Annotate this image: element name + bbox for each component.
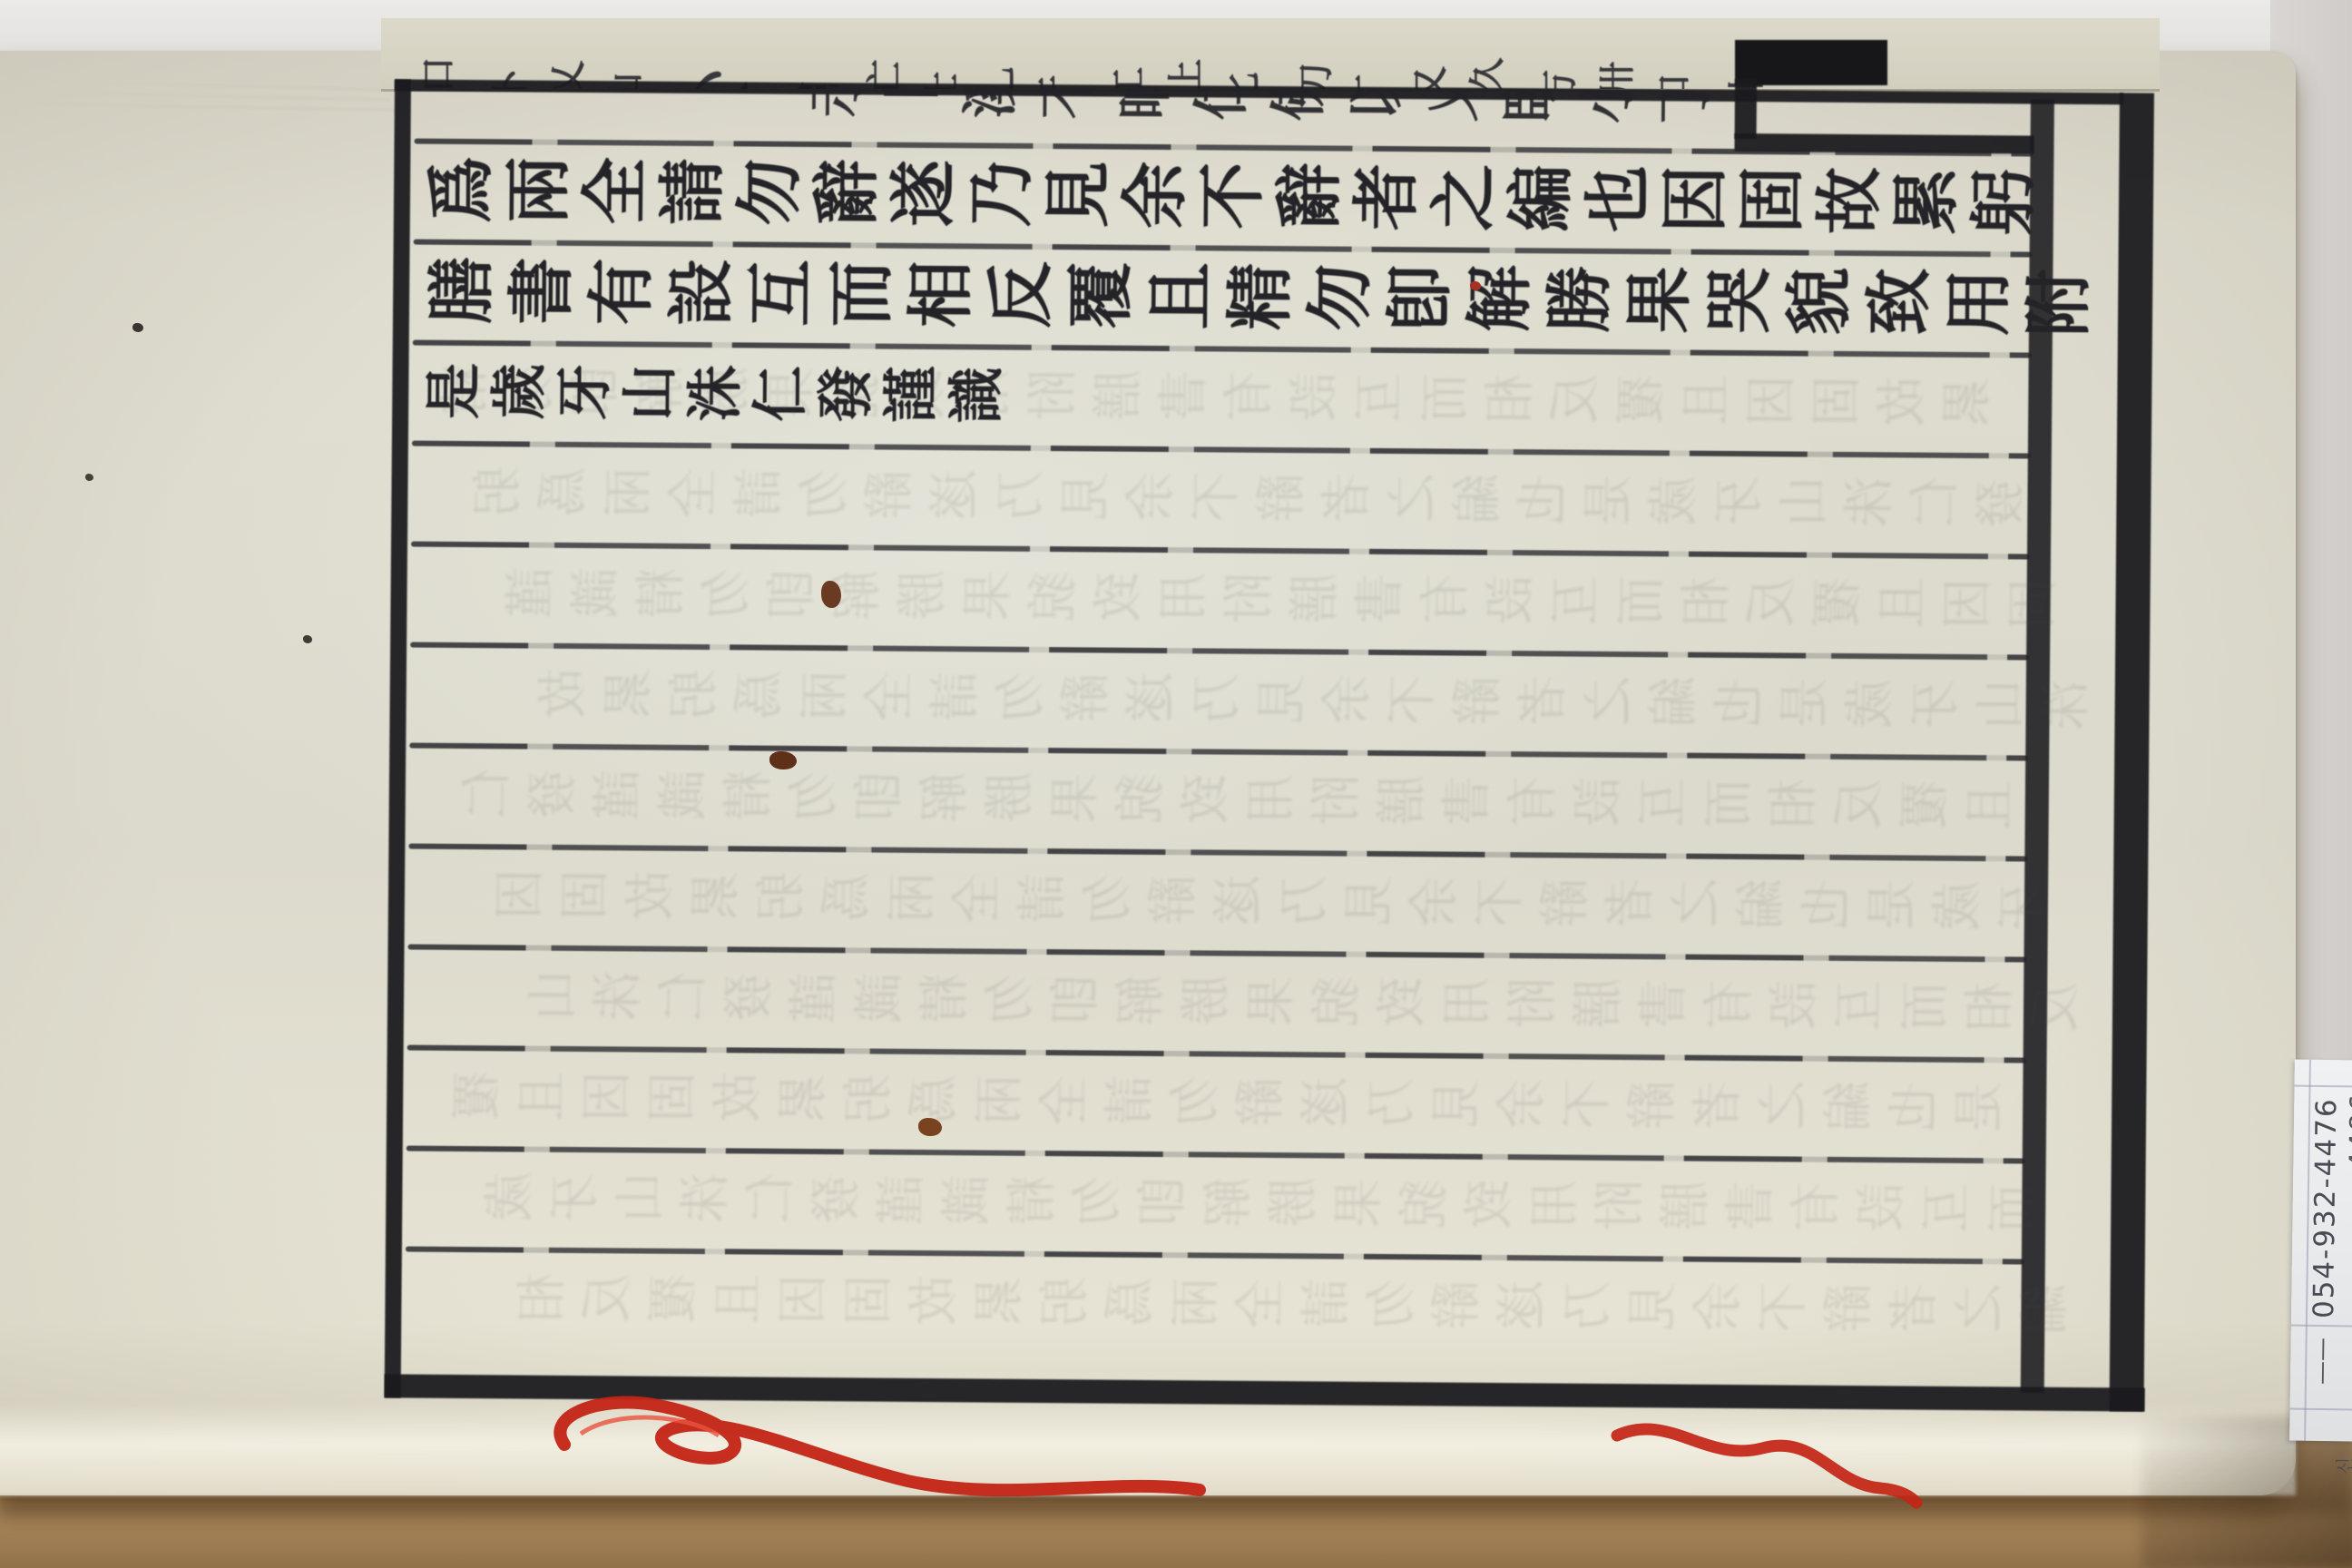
showthrough-row: 因固故累躬爲兩全請勿辭遂乃見余不辭者之編也是歲牙 (484, 851, 2053, 949)
showthrough-row: 歲牙山洙仁發謹識精勿卽解勝果貌致用附膳書有設互而 (473, 1153, 2042, 1251)
paper-fleck (918, 1118, 942, 1136)
showthrough-char: 是 (1933, 1074, 2019, 1141)
showthrough-row: 山洙仁發謹識精勿卽解勝果貌致用附膳書有設互而相反 (516, 952, 2085, 1050)
text-column-1: 示卜溪不晌仁佛以乂臥小丁 (792, 84, 1718, 148)
showthrough-char: 牙 (1976, 873, 2063, 939)
frame-corner-stub (1735, 79, 1758, 139)
showthrough-char: 反 (2009, 974, 2095, 1040)
text-column-3: 膳書有設互而相反覆且精勿卽解勝果哭貌致用附 (416, 240, 2094, 354)
price-sticker: 054-932-4476 4486 —— (2289, 1060, 2352, 1442)
korean-label: 신규 (2330, 1453, 2352, 1475)
red-fleck (1470, 281, 1481, 290)
phone-number-partial: 4486 (2344, 1093, 2352, 1170)
showthrough-char: 固 (1986, 571, 2073, 637)
edge-fragment: 久 (1459, 58, 1511, 93)
showthrough-row: 相反覆且因固故累躬爲兩全請勿辭遂乃見余不辭者之編 (505, 1254, 2074, 1352)
hanja-char: 丁 (1651, 84, 1708, 134)
showthrough-char: 編 (1998, 1276, 2084, 1342)
printed-border-frame: 示卜溪不晌仁佛以乂臥小丁爲兩全請勿辭遂乃見余不辭者之編也因固故累躬膳書有設互而相… (385, 79, 2155, 1411)
hanja-char: 卜 (879, 84, 936, 129)
hanja-char: 溪 (956, 84, 1014, 129)
showthrough-row: 故累躬爲兩全請勿辭遂乃見余不辭者之編也是歲牙山洙 (526, 651, 2095, 749)
text-column-2: 爲兩全請勿辭遂乃見余不辭者之編也因固故累躬 (417, 140, 2038, 252)
showthrough-row: 躬爲兩全請勿辭遂乃見余不辭者之編也是歲牙山洙仁發 (461, 448, 2030, 546)
hanja-char: 佛 (1265, 84, 1322, 132)
showthrough-char: 而 (1965, 1175, 2052, 1241)
hanja-char: 臥 (1496, 84, 1553, 133)
showthrough-row: 仁發謹識精勿卽解勝果貌致用附膳書有設互而相反覆且 (450, 750, 2019, 848)
hanja-char: 小 (1573, 84, 1631, 134)
photo-of-antique-book: 口卜乂山小丁卩亡士乚干工上匕刀厂又久万卅口卜 示卜溪不晌仁佛以乂臥小丁爲兩全請勿… (0, 0, 2352, 1568)
hanja-char: 示 (802, 84, 859, 128)
showthrough-row: 精勿卽解勝果貌致用附膳書有設互而相反覆且因固故累 (428, 348, 1997, 446)
showthrough-char: 且 (1944, 772, 2030, 838)
hanja-char: 躬 (1948, 162, 2049, 240)
phone-number: 054-932-4476 (2308, 1097, 2343, 1318)
hanja-char: 仁 (1188, 84, 1245, 131)
showthrough-char: 發 (1954, 470, 2040, 536)
ink-speck (132, 323, 143, 332)
showthrough-char: 洙 (2019, 671, 2105, 738)
showthrough-char: 累 (1921, 369, 2007, 436)
sticker-grid-line (2295, 1085, 2352, 1088)
paper-fleck (821, 581, 841, 608)
showthrough-row: 覆且因固故累躬爲兩全請勿辭遂乃見余不辭者之編也是 (440, 1053, 2009, 1151)
sticker-grid-line (2290, 1407, 2352, 1410)
sticker-grid-line (2291, 1325, 2352, 1328)
hanja-char: 不 (1034, 84, 1091, 130)
hanja-char: 乂 (1419, 84, 1476, 132)
page-fold-edge (0, 1401, 2296, 1495)
edge-fragment: 卅 (1589, 62, 1641, 93)
printers-bar-mark (1735, 40, 1887, 85)
hanja-char: 附 (2004, 262, 2104, 343)
showthrough-row: 謹識精勿卽解勝果貌致用附膳書有設互而相反覆且因固 (494, 549, 2063, 647)
hanja-char: 晌 (1111, 84, 1168, 131)
hanja-char: 以 (1342, 84, 1399, 132)
ink-speck (85, 474, 93, 481)
sticker-dash-mark: —— (2308, 1338, 2337, 1385)
paper-fleck (769, 751, 797, 769)
ink-speck (303, 635, 312, 643)
